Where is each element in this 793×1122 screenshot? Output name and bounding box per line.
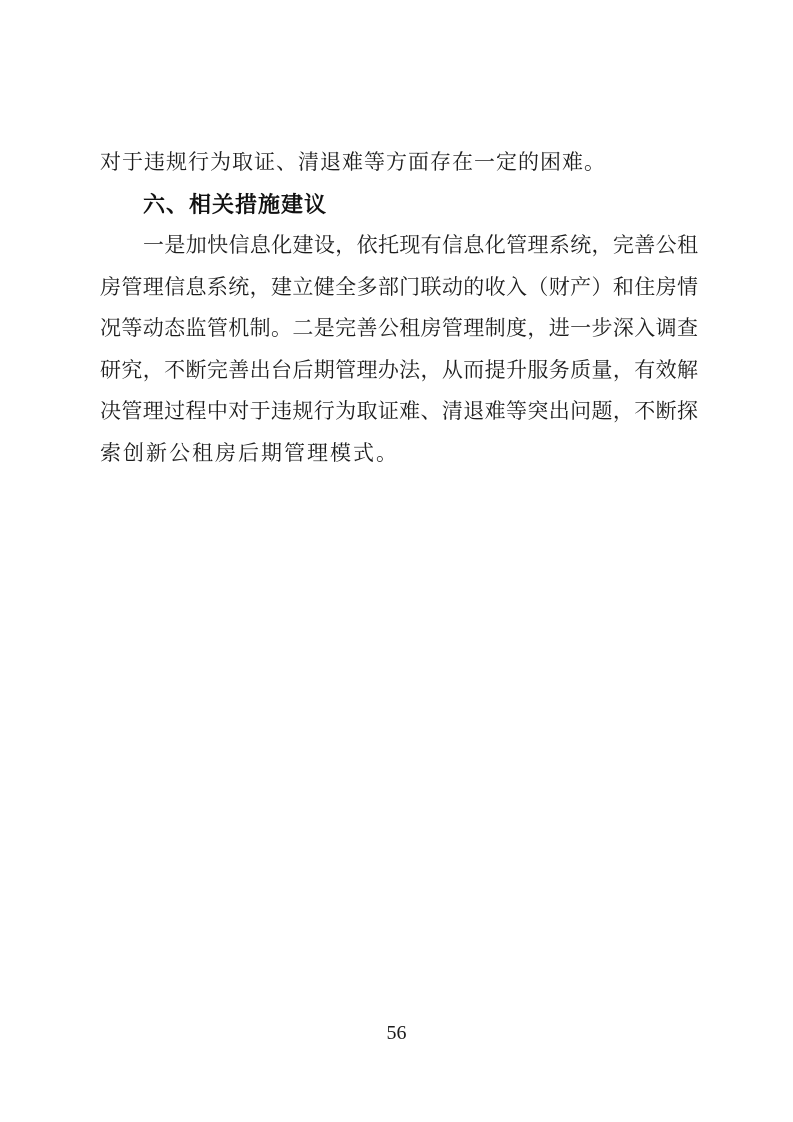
section-heading: 六、相关措施建议 <box>100 184 698 226</box>
paragraph-line: 房管理信息系统，建立健全多部门联动的收入（财产）和住房情 <box>100 267 698 309</box>
paragraph-line: 研究，不断完善出台后期管理办法，从而提升服务质量，有效解 <box>100 350 698 392</box>
document-body: 对于违规行为取证、清退难等方面存在一定的困难。 六、相关措施建议 一是加快信息化… <box>100 142 698 474</box>
paragraph-continuation-line: 对于违规行为取证、清退难等方面存在一定的困难。 <box>100 142 698 184</box>
paragraph-line: 一是加快信息化建设，依托现有信息化管理系统，完善公租 <box>100 225 698 267</box>
paragraph-line: 况等动态监管机制。二是完善公租房管理制度，进一步深入调查 <box>100 308 698 350</box>
paragraph-line: 索创新公租房后期管理模式。 <box>100 433 698 475</box>
document-page: 对于违规行为取证、清退难等方面存在一定的困难。 六、相关措施建议 一是加快信息化… <box>0 0 793 1122</box>
paragraph-line: 决管理过程中对于违规行为取证难、清退难等突出问题，不断探 <box>100 391 698 433</box>
body-paragraph: 一是加快信息化建设，依托现有信息化管理系统，完善公租 房管理信息系统，建立健全多… <box>100 225 698 474</box>
page-number: 56 <box>0 1021 793 1045</box>
